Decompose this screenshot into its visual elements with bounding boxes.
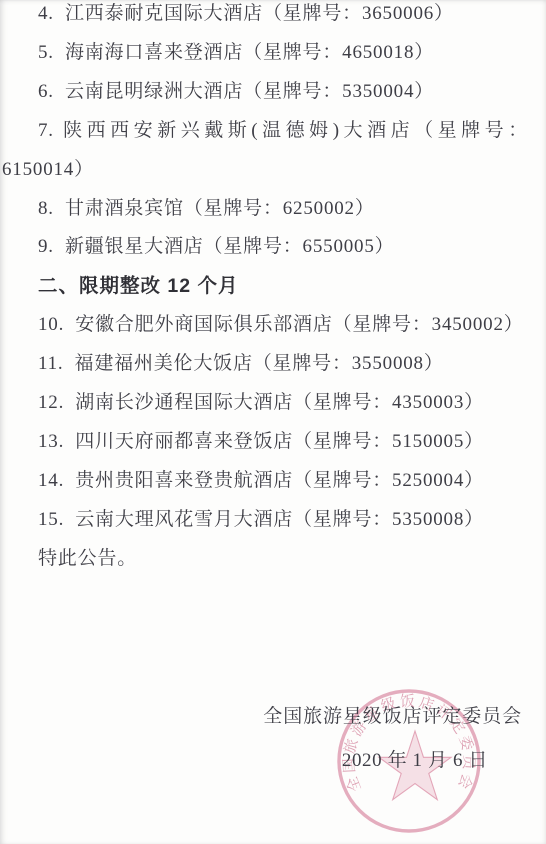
document-body: 4. 江西泰耐克国际大酒店（星牌号：3650006）5. 海南海口喜来登酒店（星…	[0, 0, 546, 579]
list-line: 13. 四川天府丽都喜来登饭店（星牌号：5150005）	[0, 423, 546, 462]
section-heading: 二、限期整改 12 个月	[0, 267, 546, 306]
list-line: 14. 贵州贵阳喜来登贵航酒店（星牌号：5250004）	[0, 462, 546, 501]
list-line: 10. 安徽合肥外商国际俱乐部酒店（星牌号：3450002）	[0, 306, 546, 345]
list-line: 12. 湖南长沙通程国际大酒店（星牌号：4350003）	[0, 384, 546, 423]
issuer-signature: 全国旅游星级饭店评定委员会	[263, 703, 522, 731]
list-line: 5. 海南海口喜来登酒店（星牌号：4650018）	[0, 34, 546, 73]
list-line: 15. 云南大理风花雪月大酒店（星牌号：5350008）	[0, 501, 546, 540]
list-line-continuation: 6150014）	[0, 151, 546, 190]
list-line: 6. 云南昆明绿洲大酒店（星牌号：5350004）	[0, 73, 546, 112]
issue-date: 2020 年 1 月 6 日	[342, 747, 488, 775]
list-line: 9. 新疆银星大酒店（星牌号：6550005）	[0, 228, 546, 267]
list-line: 8. 甘肃酒泉宾馆（星牌号：6250002）	[0, 190, 546, 229]
closing-line: 特此公告。	[0, 540, 546, 579]
list-line: 7. 陕西西安新兴戴斯(温德姆)大酒店（星牌号：	[0, 112, 546, 151]
list-line: 4. 江西泰耐克国际大酒店（星牌号：3650006）	[0, 0, 546, 34]
list-line: 11. 福建福州美伦大饭店（星牌号：3550008）	[0, 345, 546, 384]
announcement-page: 4. 江西泰耐克国际大酒店（星牌号：3650006）5. 海南海口喜来登酒店（星…	[0, 0, 546, 844]
